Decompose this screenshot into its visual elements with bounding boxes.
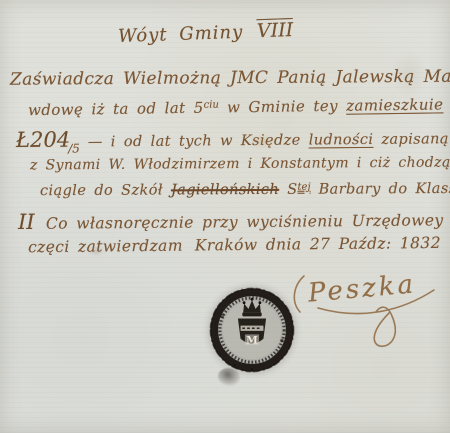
body-line-4: z Synami W. Włodzimirzem i Konstantym i …	[30, 155, 450, 174]
heading-text: Wóyt Gminy	[118, 21, 256, 47]
document-scan: Wóyt Gminy VIII Zaświadcza Wielmożną JMC…	[0, 0, 450, 433]
body-line-6: II Co własnoręcznie przy wyciśnieniu Urz…	[18, 206, 450, 234]
body-line-1: Zaświadcza Wielmożną JMC Panią Jalewską …	[10, 66, 450, 89]
text-segment: pod	[443, 95, 450, 114]
underlined-word: zamieszkuie	[346, 95, 443, 114]
text-segment: ciągle do Szkół	[40, 182, 171, 199]
place-and-date: Kraków dnia 27 Paźdz: 1832 r	[195, 234, 450, 255]
text-segment: S	[279, 182, 297, 198]
text-segment: Co własnoręcznie przy wyciśnieniu Urzędo…	[38, 211, 450, 233]
heading-roman-numeral: VIII	[257, 19, 294, 42]
body-line-2: wdowę iż ta od lat 5ciu w Gminie tey zam…	[28, 95, 450, 119]
text-segment: wdowę iż ta od lat 5	[28, 99, 204, 119]
superscript-segment: ciu	[204, 99, 219, 110]
body-line-5: ciągle do Szkół Jagiellońskich Stej Barb…	[40, 181, 450, 199]
crown-icon	[242, 298, 261, 317]
document-heading: Wóyt Gminy VIII	[118, 19, 294, 47]
class-roman-numeral: II	[18, 210, 38, 234]
text-segment: zapisaną iest	[373, 131, 450, 148]
text-segment: w Gminie tey	[219, 97, 346, 117]
body-line-3: Ł204/5 — i od lat tych w Księdze ludnośc…	[16, 124, 450, 156]
register-number-denominator: /5	[68, 141, 80, 155]
superscript-segment: tej	[297, 182, 310, 193]
register-number: Ł204	[16, 128, 70, 152]
body-line-7: częci zatwierdzamKraków dnia 27 Paźdz: 1…	[28, 234, 450, 256]
official-seal: M	[208, 286, 296, 374]
signature-block: Peszka	[288, 266, 440, 350]
text-segment: — i od lat tych w Księdze	[80, 132, 309, 150]
struck-through-word: Jagiellońskich	[171, 182, 279, 199]
underlined-word: ludności	[309, 132, 374, 149]
text-segment: Barbary do Klassy	[311, 181, 450, 198]
seal-monogram: M	[246, 335, 258, 347]
text-segment: częci zatwierdzam	[28, 237, 183, 257]
